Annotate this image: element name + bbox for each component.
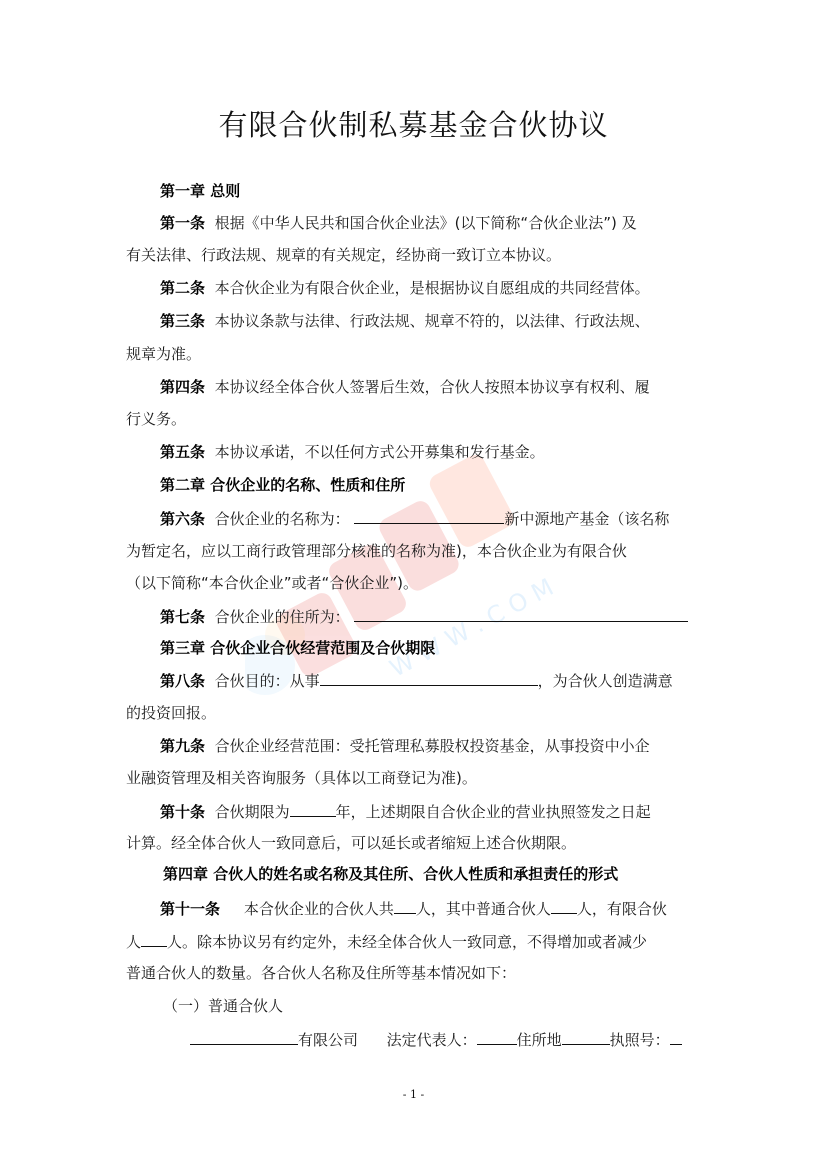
chapter-heading: 第三章 合伙企业合伙经营范围及合伙期限 — [160, 638, 704, 658]
fund-name-blank[interactable] — [354, 508, 504, 524]
company-name-blank[interactable] — [190, 1029, 298, 1045]
article-text: 合伙企业经营范围：受托管理私募股权投资基金，从事投资中小企 — [215, 737, 650, 755]
article-5: 第五条 本协议承诺，不以任何方式公开募集和发行基金。 — [160, 442, 704, 462]
license-blank[interactable] — [670, 1029, 682, 1045]
chapter-heading: 第四章 合伙人的姓名或名称及其住所、合伙人性质和承担责任的形式 — [163, 864, 741, 884]
article-text: 本协议经全体合伙人签署后生效，合伙人按照本协议享有权利、履 — [215, 378, 650, 396]
article-9: 第九条 合伙企业经营范围：受托管理私募股权投资基金，从事投资中小企 — [160, 736, 704, 756]
license-label: 执照号： — [610, 1031, 670, 1049]
article-text: 人。除本协议另有约定外，未经全体合伙人一致同意，不得增加或者减少 — [167, 933, 647, 951]
article-3: 第三条 本协议条款与法律、行政法规、规章不符的，以法律、行政法规、 — [160, 311, 704, 331]
article-11-line-2: 人人。除本协议另有约定外，未经全体合伙人一致同意，不得增加或者减少 — [126, 931, 704, 952]
article-text: 合伙企业的住所为： — [215, 608, 350, 626]
article-2: 第二条 本合伙企业为有限合伙企业，是根据协议自愿组成的共同经营体。 — [160, 278, 704, 298]
article-label: 第二条 — [160, 279, 205, 297]
article-text: 本合伙企业为有限合伙企业，是根据协议自愿组成的共同经营体。 — [215, 279, 650, 297]
purpose-blank[interactable] — [320, 670, 538, 686]
article-text: 人，其中普通合伙人 — [416, 900, 551, 918]
article-text: 业融资管理及相关咨询服务（具体以工商登记为准)。 — [126, 768, 704, 788]
general-partner-heading: （一）普通合伙人 — [163, 996, 741, 1016]
article-label: 第六条 — [160, 510, 205, 528]
legal-rep-label: 法定代表人： — [387, 1031, 477, 1049]
article-text: 合伙期限为 — [215, 803, 290, 821]
article-1: 第一条 根据《中华人民共和国合伙企业法》(以下简称“合伙企业法”) 及 — [160, 213, 704, 233]
article-label: 第三条 — [160, 312, 205, 330]
article-text: 根据《中华人民共和国合伙企业法》(以下简称“合伙企业法”) 及 — [215, 214, 637, 232]
article-7: 第七条 合伙企业的住所为： — [160, 606, 704, 627]
chapter-heading: 第一章 总则 — [160, 181, 704, 201]
article-8: 第八条 合伙目的：从事，为合伙人创造满意 — [160, 670, 704, 691]
legal-rep-blank[interactable] — [477, 1029, 517, 1045]
article-text: 的投资回报。 — [126, 703, 704, 723]
page-number: - 1 - — [0, 1088, 827, 1101]
article-text: 人，有限合伙 — [577, 900, 667, 918]
article-text: 有关法律、行政法规、规章的有关规定，经协商一致订立本协议。 — [126, 245, 704, 265]
article-label: 第五条 — [160, 443, 205, 461]
article-text: 本合伙企业的合伙人共 — [244, 900, 394, 918]
article-text: 为暂定名，应以工商行政管理部分核准的名称为准)，本合伙企业为有限合伙 — [126, 541, 704, 561]
article-text: 本协议条款与法律、行政法规、规章不符的，以法律、行政法规、 — [215, 312, 650, 330]
article-text: ，为合伙人创造满意 — [538, 672, 673, 690]
article-label: 第十一条 — [160, 900, 220, 918]
article-text: 本协议承诺，不以任何方式公开募集和发行基金。 — [215, 443, 545, 461]
page-title: 有限合伙制私募基金合伙协议 — [0, 103, 827, 144]
article-text: （以下简称“本合伙企业”或者“合伙企业”)。 — [126, 573, 704, 593]
article-label: 第十条 — [160, 803, 205, 821]
article-label: 第七条 — [160, 608, 205, 626]
article-11: 第十一条 本合伙企业的合伙人共人，其中普通合伙人人，有限合伙 — [160, 898, 704, 919]
term-years-blank[interactable] — [290, 801, 336, 817]
address-blank[interactable] — [354, 606, 688, 622]
article-text: 合伙目的：从事 — [215, 672, 320, 690]
article-text: 规章为准。 — [126, 344, 704, 364]
chapter-heading: 第二章 合伙企业的名称、性质和住所 — [160, 475, 704, 495]
article-label: 第一条 — [160, 214, 205, 232]
company-suffix: 有限公司 — [298, 1031, 358, 1049]
article-6: 第六条 合伙企业的名称为： 新中源地产基金（该名称 — [160, 508, 704, 529]
article-text: 计算。经全体合伙人一致同意后，可以延长或者缩短上述合伙期限。 — [126, 833, 704, 853]
address-blank[interactable] — [562, 1029, 610, 1045]
general-partners-blank[interactable] — [551, 898, 577, 914]
total-partners-blank[interactable] — [394, 898, 416, 914]
article-text: 新中源地产基金（该名称 — [504, 510, 669, 528]
limited-partners-blank[interactable] — [141, 931, 167, 947]
article-text: 人 — [126, 933, 141, 951]
address-label: 住所地 — [517, 1031, 562, 1049]
article-text: 行义务。 — [126, 409, 704, 429]
article-label: 第九条 — [160, 737, 205, 755]
article-text: 年，上述期限自合伙企业的营业执照签发之日起 — [336, 803, 651, 821]
article-text: 普通合伙人的数量。各合伙人名称及住所等基本情况如下： — [126, 963, 704, 983]
article-10: 第十条 合伙期限为年，上述期限自合伙企业的营业执照签发之日起 — [160, 801, 704, 822]
general-partner-row: 有限公司 法定代表人：住所地执照号： — [190, 1029, 768, 1050]
article-text: 合伙企业的名称为： — [215, 510, 350, 528]
article-label: 第四条 — [160, 378, 205, 396]
document-page: W W W . C O M 有限合伙制私募基金合伙协议 第一章 总则 第一条 根… — [0, 0, 827, 1169]
article-label: 第八条 — [160, 672, 205, 690]
article-4: 第四条 本协议经全体合伙人签署后生效，合伙人按照本协议享有权利、履 — [160, 377, 704, 397]
